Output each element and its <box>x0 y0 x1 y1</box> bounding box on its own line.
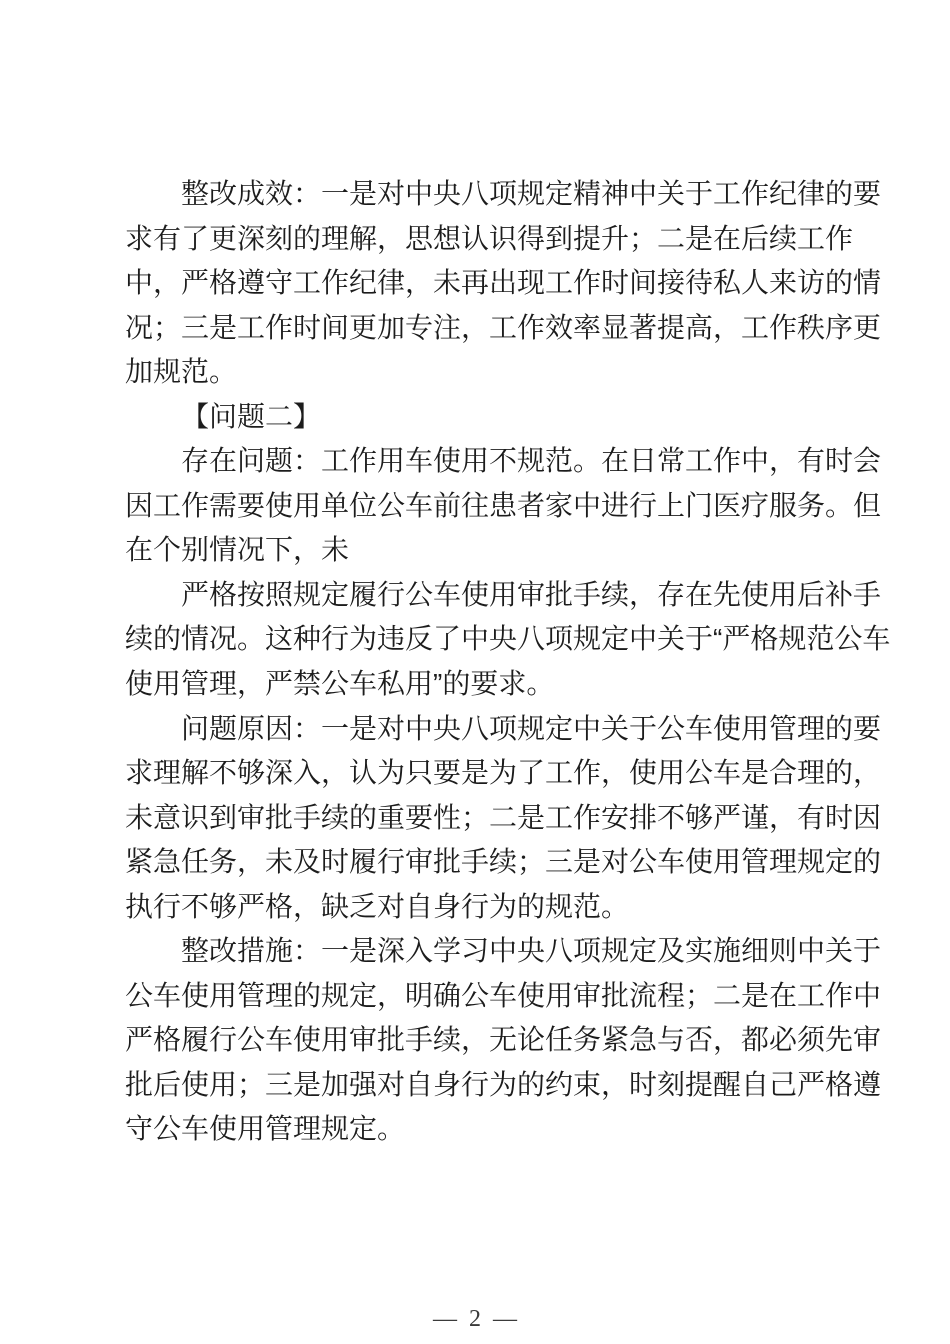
paragraph: 问题原因：一是对中央八项规定中关于公车使用管理的要求理解不够深入，认为只要是为了… <box>125 707 825 930</box>
text-line: 求有了更深刻的理解，思想认识得到提升；二是在后续工作 <box>125 217 825 262</box>
text-line: 守公车使用管理规定。 <box>125 1107 825 1152</box>
paragraph: 严格按照规定履行公车使用审批手续，存在先使用后补手续的情况。这种行为违反了中央八… <box>125 573 825 707</box>
text-line: 使用管理，严禁公车私用”的要求。 <box>125 662 825 707</box>
text-line: 未意识到审批手续的重要性；二是工作安排不够严谨，有时因 <box>125 796 825 841</box>
text-line: 求理解不够深入，认为只要是为了工作，使用公车是合理的， <box>125 751 825 796</box>
text-line: 执行不够严格，缺乏对自身行为的规范。 <box>125 885 825 930</box>
text-line: 严格履行公车使用审批手续，无论任务紧急与否，都必须先审 <box>125 1018 825 1063</box>
text-line: 存在问题：工作用车使用不规范。在日常工作中，有时会 <box>125 439 825 484</box>
document-body: 整改成效：一是对中央八项规定精神中关于工作纪律的要求有了更深刻的理解，思想认识得… <box>125 172 825 1152</box>
text-line: 批后使用；三是加强对自身行为的约束，时刻提醒自己严格遵 <box>125 1063 825 1108</box>
text-line: 公车使用管理的规定，明确公车使用审批流程；二是在工作中 <box>125 974 825 1019</box>
text-line: 中，严格遵守工作纪律，未再出现工作时间接待私人来访的情 <box>125 261 825 306</box>
text-line: 问题原因：一是对中央八项规定中关于公车使用管理的要 <box>125 707 825 752</box>
text-line: 整改措施：一是深入学习中央八项规定及实施细则中关于 <box>125 929 825 974</box>
text-line: 【问题二】 <box>125 395 825 440</box>
text-line: 在个别情况下，未 <box>125 528 825 573</box>
paragraph: 【问题二】 <box>125 395 825 440</box>
text-line: 加规范。 <box>125 350 825 395</box>
text-line: 况；三是工作时间更加专注，工作效率显著提高，工作秩序更 <box>125 306 825 351</box>
page-number: — 2 — <box>433 1306 517 1332</box>
text-line: 续的情况。这种行为违反了中央八项规定中关于“严格规范公车 <box>125 617 825 662</box>
paragraph: 整改措施：一是深入学习中央八项规定及实施细则中关于公车使用管理的规定，明确公车使… <box>125 929 825 1152</box>
text-line: 严格按照规定履行公车使用审批手续，存在先使用后补手 <box>125 573 825 618</box>
paragraph: 整改成效：一是对中央八项规定精神中关于工作纪律的要求有了更深刻的理解，思想认识得… <box>125 172 825 395</box>
page-footer: — 2 — <box>0 1306 950 1333</box>
text-line: 紧急任务，未及时履行审批手续；三是对公车使用管理规定的 <box>125 840 825 885</box>
text-line: 整改成效：一是对中央八项规定精神中关于工作纪律的要 <box>125 172 825 217</box>
text-line: 因工作需要使用单位公车前往患者家中进行上门医疗服务。但 <box>125 484 825 529</box>
paragraph: 存在问题：工作用车使用不规范。在日常工作中，有时会因工作需要使用单位公车前往患者… <box>125 439 825 573</box>
document-page: 整改成效：一是对中央八项规定精神中关于工作纪律的要求有了更深刻的理解，思想认识得… <box>0 0 950 1344</box>
